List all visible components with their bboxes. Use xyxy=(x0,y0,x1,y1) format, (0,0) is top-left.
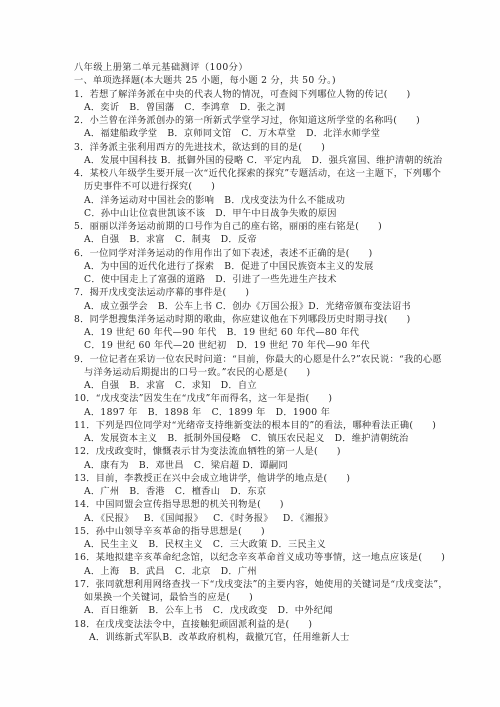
answer-option: C．三大政策 D．三民主义 xyxy=(213,539,326,550)
answer-option: C．1899 年 xyxy=(212,407,266,418)
question-item: 17．张同就想利用网络查找一下“戊戌变法”的主要内容，她使用的关键词是“戊戌变法… xyxy=(74,578,434,618)
answer-option: D．自立 xyxy=(221,380,257,391)
answer-option: B．戊戌变法为什么不能成功 xyxy=(224,195,345,206)
question-stem: 14．中国同盟会宣传指导思想的机关刊物是( ) xyxy=(74,498,434,511)
question-item: 4．某校八年级学生要开展一次“近代化探索的探究”专题活动，在这一主题下，下列哪个… xyxy=(74,167,434,220)
question-stem: 7．揭开戊戌变法运动序幕的事件是( ) xyxy=(74,286,434,299)
option-row: A．百日维新B．公车上书C．戊戌政变D．中外纪闻 xyxy=(74,604,434,617)
answer-option: B．改革政府机构，裁撤冗官，任用维新人士 xyxy=(162,632,349,643)
option-row: A．洋务运动对中国社会的影响B．戊戌变法为什么不能成功 xyxy=(74,194,434,207)
answer-option: D．广州 xyxy=(221,566,257,577)
question-item: 11．下列是四位同学对“光绪帝支持维新变法的根本目的”的看法，哪种看法正确( )… xyxy=(74,419,434,446)
answer-option: C．孙中山让位袁世凯该不该 xyxy=(84,208,205,219)
answer-option: A．广州 xyxy=(84,486,119,497)
question-item: 7．揭开戊戌变法运动序幕的事件是( )A．成立强学会B．公车上书 C．创办《万国… xyxy=(74,286,434,313)
option-row: A．发展资本主义B．抵制外国侵略C．镇压农民起义D．维护清朝统治 xyxy=(74,432,434,445)
question-item: 15．孙中山领导辛亥革命的指导思想是( )A．民生主义B．民权主义C．三大政策 … xyxy=(74,525,434,552)
answer-option: C．19 世纪 60 年代—20 世纪初 xyxy=(84,340,226,351)
question-item: 1．若想了解洋务派在中央的代表人物的情况，可查阅下列哪位人物的传记( )A．奕䜣… xyxy=(74,88,434,115)
answer-option: D．引进了一些先进生产技术 xyxy=(215,274,337,285)
answer-option: A．自强 xyxy=(84,234,119,245)
answer-option: A．奕䜣 xyxy=(84,102,119,113)
question-stem: 5．丽丽以洋务运动前期的口号作为自己的座右铭，丽丽的座右铭是( ) xyxy=(74,220,434,233)
answer-option: B．促进了中国民族资本主义的发展 xyxy=(224,261,373,272)
question-stem: 9．一位记者在采访一位农民时问道：“目前，你最大的心愿是什么?”农民说：“我的心… xyxy=(74,353,434,366)
option-row: A．自强B．求富C．制夷D．反帝 xyxy=(74,233,434,246)
answer-option: D．北洋水师学堂 xyxy=(306,128,380,139)
question-stem: 16．某地拟建辛亥革命纪念馆，以纪念辛亥革命首义成功等事情，这一地点应该是( ) xyxy=(74,551,434,564)
answer-option: C．《时务报》 xyxy=(213,513,273,524)
question-item: 13．目前，李教授正在兴中会成立地讲学，他讲学的地点是( )A．广州B．香港C．… xyxy=(74,472,434,499)
exam-title: 八年级上册第二单元基础测评（100分） xyxy=(74,61,434,74)
answer-option: B．民权主义 xyxy=(148,539,203,550)
answer-option: D．维护清朝统治 xyxy=(335,433,409,444)
option-row: A．广州B．香港C．檀香山D．东京 xyxy=(74,485,434,498)
question-stem: 4．某校八年级学生要开展一次“近代化探索的探究”专题活动，在这一主题下，下列哪个 xyxy=(74,167,434,180)
option-row: C．孙中山让位袁世凯该不该D．甲午中日战争失败的原因 xyxy=(74,207,434,220)
answer-option: C．求知 xyxy=(175,380,211,391)
answer-option: D．1900 年 xyxy=(276,407,330,418)
answer-option: A．洋务运动对中国社会的影响 xyxy=(84,195,214,206)
exam-sheet: 八年级上册第二单元基础测评（100分） 一、单项选择题(本大题共 25 小题，每… xyxy=(74,61,434,644)
answer-option: A．福建船政学堂 xyxy=(84,128,157,139)
answer-option: D．甲午中日战争失败的原因 xyxy=(215,208,337,219)
option-row: A．自强B．求富C．求知D．自立 xyxy=(74,379,434,392)
answer-option: A．19 世纪 60 年代—90 年代 xyxy=(84,327,217,338)
answer-option: A．康有为 xyxy=(84,460,129,471)
answer-option: B．香港 xyxy=(129,486,165,497)
question-item: 6．一位同学对洋务运动的作用作出了如下表述，表述不正确的是( )A．为中国的近代… xyxy=(74,247,434,287)
question-stem: 1．若想了解洋务派在中央的代表人物的情况，可查阅下列哪位人物的传记( ) xyxy=(74,88,434,101)
answer-option: C．李鸿章 xyxy=(184,102,229,113)
option-row: A．训练新式军队B．改革政府机构，裁撤冗官，任用维新人士 xyxy=(74,631,434,644)
answer-option: A．发展资本主义 xyxy=(84,433,157,444)
answer-option: B．求富 xyxy=(129,234,165,245)
option-row: A．民生主义B．民权主义C．三大政策 D．三民主义 xyxy=(74,538,434,551)
answer-option: D．东京 xyxy=(230,486,266,497)
answer-option: D．强兵富国、维护清朝的统治 xyxy=(312,155,443,166)
answer-option: D．张之洞 xyxy=(240,102,286,113)
option-row: A．奕䜣B．曾国藩C．李鸿章D．张之洞 xyxy=(74,101,434,114)
option-row: C．使中国走上了富强的道路D．引进了一些先进生产技术 xyxy=(74,273,434,286)
option-row: A．1897 年B．1898 年C．1899 年D．1900 年 xyxy=(74,406,434,419)
answer-option: C．梁启超 D．谭嗣同 xyxy=(194,460,288,471)
answer-option: B．求富 xyxy=(129,380,165,391)
answer-option: C．万木草堂 xyxy=(241,128,296,139)
question-stem: 历史事件不可以进行探究( ) xyxy=(74,180,434,193)
question-stem: 2．小兰曾在洋务派创办的第一所新式学堂学习过，你知道这所学堂的名称吗( ) xyxy=(74,114,434,127)
question-stem: 8．同学想搜集洋务运动时期的歌曲，你应建议他在下列哪段历史时期寻找( ) xyxy=(74,313,434,326)
answer-option: B．《国闻报》 xyxy=(144,513,203,524)
exam-page: 八年级上册第二单元基础测评（100分） 一、单项选择题(本大题共 25 小题，每… xyxy=(0,0,500,707)
question-item: 10．“戊戌变法”因发生在“戊戌”年而得名，这一年是指( )A．1897 年B．… xyxy=(74,392,434,419)
answer-option: B．邓世昌 xyxy=(139,460,184,471)
answer-option: C．使中国走上了富强的道路 xyxy=(84,274,205,285)
answer-option: D．中外纪闻 xyxy=(278,605,333,616)
answer-option: C．镇压农民起义 xyxy=(251,433,325,444)
answer-option: A．自强 xyxy=(84,380,119,391)
question-list: 1．若想了解洋务派在中央的代表人物的情况，可查阅下列哪位人物的传记( )A．奕䜣… xyxy=(74,88,434,645)
option-row: A．为中国的近代化进行了探索B．促进了中国民族资本主义的发展 xyxy=(74,260,434,273)
answer-option: A．为中国的近代化进行了探索 xyxy=(84,261,214,272)
question-stem: 15．孙中山领导辛亥革命的指导思想是( ) xyxy=(74,525,434,538)
answer-option: A．百日维新 xyxy=(84,605,138,616)
question-item: 16．某地拟建辛亥革命纪念馆，以纪念辛亥革命首义成功等事情，这一地点应该是( )… xyxy=(74,551,434,578)
answer-option: C．北京 xyxy=(175,566,211,577)
answer-option: B．曾国藩 xyxy=(129,102,174,113)
question-stem: 10．“戊戌变法”因发生在“戊戌”年而得名，这一年是指( ) xyxy=(74,392,434,405)
answer-option: B．19 世纪 60 年代—80 年代 xyxy=(227,327,360,338)
answer-option: A．1897 年 xyxy=(84,407,138,418)
answer-option: A．民生主义 xyxy=(84,539,138,550)
answer-option: C．戊戌政变 xyxy=(213,605,268,616)
option-row: A．19 世纪 60 年代—90 年代B．19 世纪 60 年代—80 年代 xyxy=(74,326,434,339)
option-row: A．发展中国科技 B．抵御外国的侵略 C．平定内乱D．强兵富国、维护清朝的统治 xyxy=(74,154,434,167)
answer-option: D．《湘报》 xyxy=(283,513,334,524)
option-row: A．福建船政学堂B．京师同文馆C．万木草堂D．北洋水师学堂 xyxy=(74,127,434,140)
answer-option: A．成立强学会 xyxy=(84,301,148,312)
question-stem: 12．戊戌政变时，慷慨表示甘为变法流血牺牲的第一人是( ) xyxy=(74,445,434,458)
answer-option: D．反帝 xyxy=(221,234,257,245)
question-stem: 6．一位同学对洋务运动的作用作出了如下表述，表述不正确的是( ) xyxy=(74,247,434,260)
question-item: 2．小兰曾在洋务派创办的第一所新式学堂学习过，你知道这所学堂的名称吗( )A．福… xyxy=(74,114,434,141)
question-stem: 3．洋务派主张利用西方的先进技术，欲达到的目的是( ) xyxy=(74,141,434,154)
answer-option: A．上海 xyxy=(84,566,119,577)
answer-option: C．制夷 xyxy=(175,234,211,245)
answer-option: D．19 世纪 70 年代—90 年代 xyxy=(236,340,369,351)
question-item: 3．洋务派主张利用西方的先进技术，欲达到的目的是( )A．发展中国科技 B．抵御… xyxy=(74,141,434,168)
answer-option: A．《民报》 xyxy=(84,513,134,524)
question-item: 8．同学想搜集洋务运动时期的歌曲，你应建议他在下列哪段历史时期寻找( )A．19… xyxy=(74,313,434,353)
question-item: 14．中国同盟会宣传指导思想的机关刊物是( )A．《民报》B．《国闻报》C．《时… xyxy=(74,498,434,525)
option-row: A．康有为B．邓世昌C．梁启超 D．谭嗣同 xyxy=(74,459,434,472)
question-item: 5．丽丽以洋务运动前期的口号作为自己的座右铭，丽丽的座右铭是( )A．自强B．求… xyxy=(74,220,434,247)
question-stem: 如果换一个关键词，最恰当的应是( ) xyxy=(74,591,434,604)
question-item: 18．在戊戌变法法令中，直接触犯顽固派利益的是( )A．训练新式军队B．改革政府… xyxy=(74,618,434,645)
option-row: A．《民报》B．《国闻报》C．《时务报》D．《湘报》 xyxy=(74,512,434,525)
question-item: 12．戊戌政变时，慷慨表示甘为变法流血牺牲的第一人是( )A．康有为B．邓世昌C… xyxy=(74,445,434,472)
answer-option: B．公车上书 xyxy=(148,605,203,616)
option-row: C．19 世纪 60 年代—20 世纪初D．19 世纪 70 年代—90 年代 xyxy=(74,339,434,352)
question-stem: 与洋务运动后期提出的口号一致。”农民的心愿是( ) xyxy=(74,366,434,379)
option-row: A．成立强学会B．公车上书 C．创办《万国公报》D．光绪帝颁布变法诏书 xyxy=(74,300,434,313)
answer-option: B．武昌 xyxy=(129,566,165,577)
question-item: 9．一位记者在采访一位农民时问道：“目前，你最大的心愿是什么?”农民说：“我的心… xyxy=(74,353,434,393)
section-heading: 一、单项选择题(本大题共 25 小题，每小题 2 分，共 50 分。) xyxy=(74,74,434,87)
answer-option: B．京师同文馆 xyxy=(167,128,231,139)
option-row: A．上海B．武昌C．北京D．广州 xyxy=(74,565,434,578)
question-stem: 11．下列是四位同学对“光绪帝支持维新变法的根本目的”的看法，哪种看法正确( ) xyxy=(74,419,434,432)
question-stem: 13．目前，李教授正在兴中会成立地讲学，他讲学的地点是( ) xyxy=(74,472,434,485)
question-stem: 18．在戊戌变法法令中，直接触犯顽固派利益的是( ) xyxy=(74,618,434,631)
answer-option: A．训练新式军队 xyxy=(89,632,162,643)
answer-option: C．檀香山 xyxy=(175,486,220,497)
answer-option: B．抵制外国侵略 xyxy=(167,433,240,444)
answer-option: B．公车上书 C．创办《万国公报》D．光绪帝颁布变法诏书 xyxy=(158,301,411,312)
answer-option: A．发展中国科技 B．抵御外国的侵略 C．平定内乱 xyxy=(84,155,302,166)
answer-option: B．1898 年 xyxy=(148,407,202,418)
question-stem: 17．张同就想利用网络查找一下“戊戌变法”的主要内容，她使用的关键词是“戊戌变法… xyxy=(74,578,434,591)
